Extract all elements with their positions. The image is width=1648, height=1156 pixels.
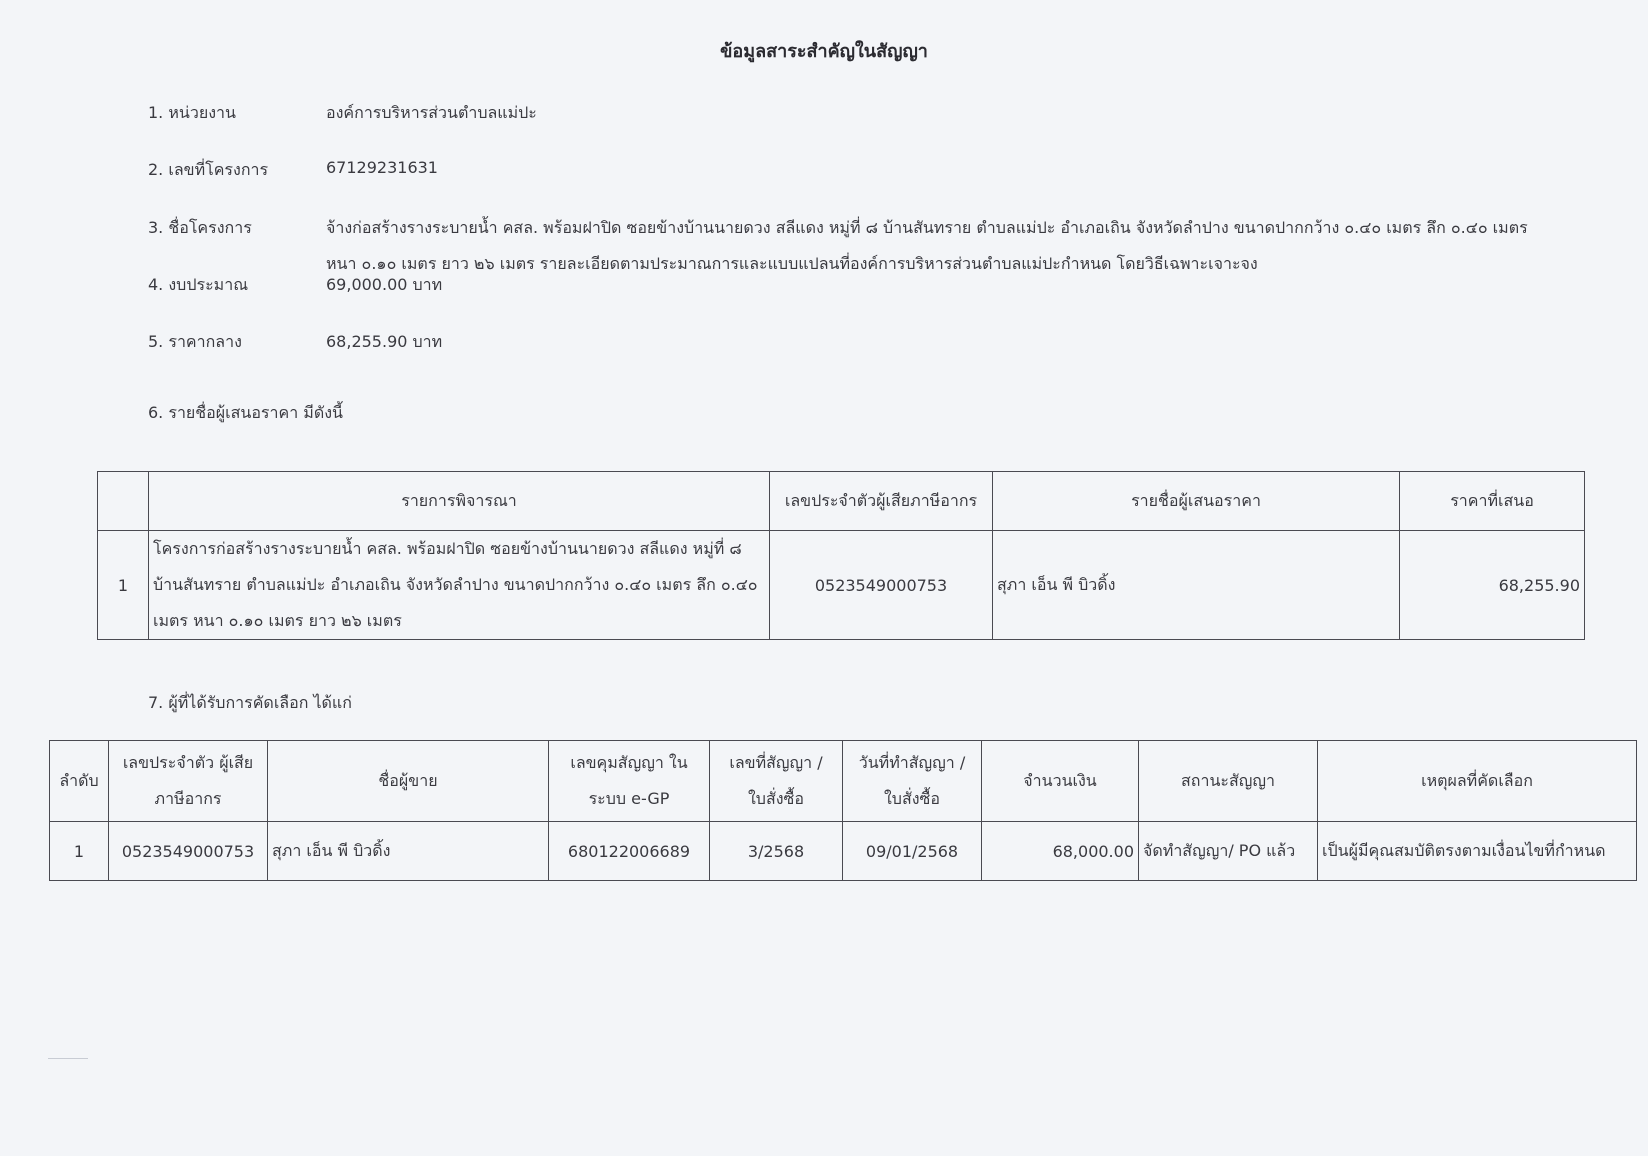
cell-reason: เป็นผู้มีคุณสมบัติตรงตามเงื่อนไขที่กำหนด bbox=[1318, 822, 1637, 881]
header-contract-date: วันที่ทำสัญญา / ใบสั่งซื้อ bbox=[843, 741, 982, 822]
header-seller-name: ชื่อผู้ขาย bbox=[268, 741, 549, 822]
header-egp-no: เลขคุมสัญญา ในระบบ e-GP bbox=[549, 741, 710, 822]
item-project-name-line2: หนา ๐.๑๐ เมตร ยาว ๒๖ เมตร รายละเอียดตามป… bbox=[326, 252, 1258, 277]
header-amount: จำนวนเงิน bbox=[982, 741, 1139, 822]
bidders-table: รายการพิจารณา เลขประจำตัวผู้เสียภาษีอากร… bbox=[97, 471, 1585, 640]
cell-status: จัดทำสัญญา/ PO แล้ว bbox=[1139, 822, 1318, 881]
item-median-price-value: 68,255.90 บาท bbox=[326, 330, 442, 355]
scan-mark bbox=[48, 1058, 88, 1059]
document-page: ข้อมูลสาระสำคัญในสัญญา 1. หน่วยงาน องค์ก… bbox=[0, 0, 1648, 1156]
header-offered-price: ราคาที่เสนอ bbox=[1400, 472, 1585, 531]
cell-price: 68,255.90 bbox=[1400, 531, 1585, 640]
winner-table-header: ลำดับ เลขประจำตัว ผู้เสียภาษีอากร ชื่อผู… bbox=[50, 741, 1637, 822]
item-agency-label: 1. หน่วยงาน bbox=[148, 101, 236, 126]
bidders-section-heading: 6. รายชื่อผู้เสนอราคา มีดังนี้ bbox=[148, 401, 343, 426]
item-project-no-value: 67129231631 bbox=[326, 158, 438, 177]
cell-tax-id: 0523549000753 bbox=[770, 531, 993, 640]
header-consideration: รายการพิจารณา bbox=[149, 472, 770, 531]
cell-no: 1 bbox=[98, 531, 149, 640]
header-order: ลำดับ bbox=[50, 741, 109, 822]
winner-table: ลำดับ เลขประจำตัว ผู้เสียภาษีอากร ชื่อผู… bbox=[49, 740, 1637, 881]
item-agency-value: องค์การบริหารส่วนตำบลแม่ปะ bbox=[326, 101, 537, 126]
header-no bbox=[98, 472, 149, 531]
item-budget-label: 4. งบประมาณ bbox=[148, 273, 248, 298]
header-bidder-name: รายชื่อผู้เสนอราคา bbox=[993, 472, 1400, 531]
cell-tax-id: 0523549000753 bbox=[109, 822, 268, 881]
cell-description: โครงการก่อสร้างรางระบายน้ำ คสล. พร้อมฝาป… bbox=[149, 531, 770, 640]
header-status: สถานะสัญญา bbox=[1139, 741, 1318, 822]
header-contract-no: เลขที่สัญญา / ใบสั่งซื้อ bbox=[710, 741, 843, 822]
cell-egp-no: 680122006689 bbox=[549, 822, 710, 881]
cell-contract-date: 09/01/2568 bbox=[843, 822, 982, 881]
cell-order: 1 bbox=[50, 822, 109, 881]
header-tax-id: เลขประจำตัว ผู้เสียภาษีอากร bbox=[109, 741, 268, 822]
cell-amount: 68,000.00 bbox=[982, 822, 1139, 881]
document-title: ข้อมูลสาระสำคัญในสัญญา bbox=[0, 36, 1648, 65]
item-project-no-label: 2. เลขที่โครงการ bbox=[148, 158, 268, 183]
winner-section-heading: 7. ผู้ที่ได้รับการคัดเลือก ได้แก่ bbox=[148, 691, 352, 716]
item-project-name-label: 3. ชื่อโครงการ bbox=[148, 216, 252, 241]
cell-contract-no: 3/2568 bbox=[710, 822, 843, 881]
table-row: 1 โครงการก่อสร้างรางระบายน้ำ คสล. พร้อมฝ… bbox=[98, 531, 1585, 640]
item-project-name-line1: จ้างก่อสร้างรางระบายน้ำ คสล. พร้อมฝาปิด … bbox=[326, 216, 1528, 241]
item-median-price-label: 5. ราคากลาง bbox=[148, 330, 242, 355]
header-tax-id: เลขประจำตัวผู้เสียภาษีอากร bbox=[770, 472, 993, 531]
cell-bidder: สุภา เอ็น พี บิวดิ้ง bbox=[993, 531, 1400, 640]
cell-seller: สุภา เอ็น พี บิวดิ้ง bbox=[268, 822, 549, 881]
item-budget-value: 69,000.00 บาท bbox=[326, 273, 442, 298]
header-reason: เหตุผลที่คัดเลือก bbox=[1318, 741, 1637, 822]
bidders-table-header: รายการพิจารณา เลขประจำตัวผู้เสียภาษีอากร… bbox=[98, 472, 1585, 531]
table-row: 1 0523549000753 สุภา เอ็น พี บิวดิ้ง 680… bbox=[50, 822, 1637, 881]
